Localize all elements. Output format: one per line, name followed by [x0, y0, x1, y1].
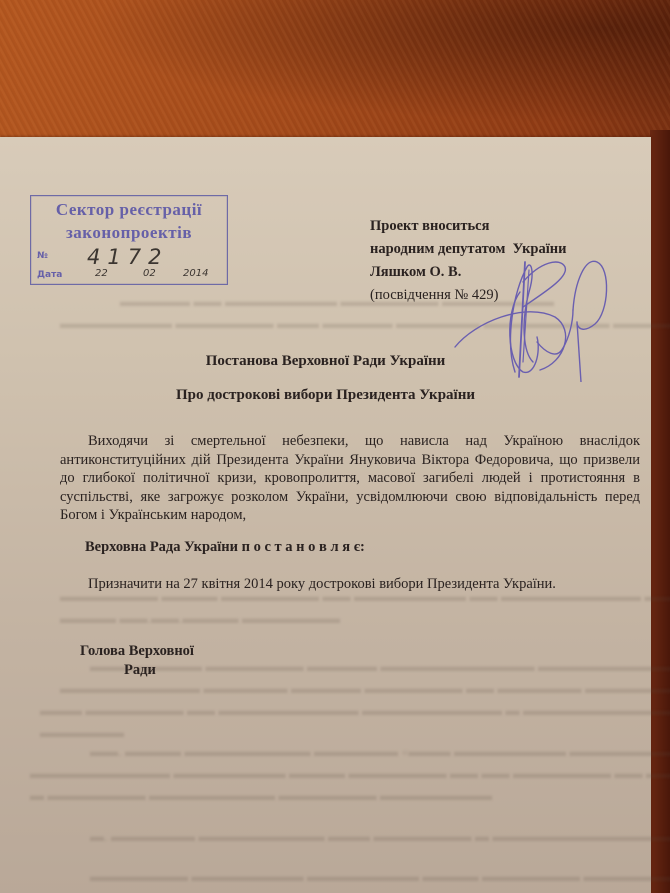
document-page: ▬▬▬▬▬ ▬▬ ▬▬▬▬▬▬▬▬ ▬▬▬▬▬▬▬ ▬▬▬▬▬▬▬▬ ▬▬▬▬▬… [0, 137, 651, 893]
wooden-desk-background [0, 0, 670, 140]
decision-paragraph: Призначити на 27 квітня 2014 року достро… [60, 575, 640, 594]
bleed-through-text: ▬▬▬▬▬▬▬▬▬▬ ▬▬▬▬▬▬ ▬▬▬▬▬ ▬▬▬▬▬▬▬ ▬▬ ▬▬▬▬▬… [60, 679, 670, 701]
signatory-block: Голова Верховної Ради [80, 642, 194, 680]
bleed-through-text: ▬. ▬▬▬▬▬▬ ▬▬▬▬▬▬▬▬▬ ▬▬▬ ▬▬▬▬▬▬▬ ▬ ▬▬▬▬▬▬… [90, 827, 670, 849]
stamp-date-label: Дата [37, 270, 62, 280]
stamp-title-line2: законопроектів [31, 223, 227, 243]
registration-date-year: 2014 [183, 268, 208, 279]
bleed-through-text: ▬▬. ▬▬▬▬ ▬▬▬▬▬▬▬▬▬ ▬▬▬▬▬▬ «▬▬▬ ▬▬▬▬▬▬▬▬ … [90, 742, 670, 764]
bleed-through-text: ▬▬▬▬▬▬▬ ▬▬▬▬▬▬▬▬ ▬▬▬▬▬▬▬▬ ▬▬▬▬ ▬▬▬▬▬▬▬ ▬… [90, 867, 670, 889]
submitter-line1: Проект вноситься [370, 215, 567, 238]
registration-date-month: 02 [143, 268, 156, 279]
registration-stamp: Сектор реєстрації законопроектів № Дата … [30, 195, 228, 285]
signatory-line1: Голова Верховної [80, 643, 194, 659]
preamble-paragraph: Виходячи зі смертельної небезпеки, що на… [60, 432, 640, 525]
bleed-through-text: ▬▬▬▬ ▬▬.▬▬.▬▬▬▬ ▬▬▬▬▬▬▬ [60, 609, 340, 631]
document-title: Постанова Верховної Ради України [0, 353, 651, 370]
stamp-title-line1: Сектор реєстрації [31, 200, 227, 220]
registration-date-day: 22 [95, 268, 108, 279]
bleed-through-text: ▬▬▬▬▬▬▬▬▬▬ ▬▬▬▬▬▬▬▬ ▬▬▬▬ ▬▬▬▬▬▬▬ ▬▬ ▬▬ ▬… [30, 764, 670, 786]
document-subtitle: Про дострокові вибори Президента України [0, 387, 651, 404]
decree-line: Верховна Рада України п о с т а н о в л … [85, 539, 365, 556]
bleed-through-text: ▬▬▬ ▬▬▬▬▬▬▬ ▬▬ ▬▬▬▬▬▬▬▬▬▬ ▬▬▬▬▬▬▬▬▬▬ ▬ ▬… [40, 701, 670, 723]
stamp-number-label: № [37, 251, 48, 261]
signatory-line2: Ради [80, 661, 194, 680]
bleed-through-text: ▬ ▬▬▬▬▬▬▬ ▬▬▬▬▬▬▬▬▬ ▬▬▬▬▬▬▬ ▬▬▬▬▬▬▬▬ [30, 786, 492, 808]
registration-number: 4172 [87, 245, 168, 269]
